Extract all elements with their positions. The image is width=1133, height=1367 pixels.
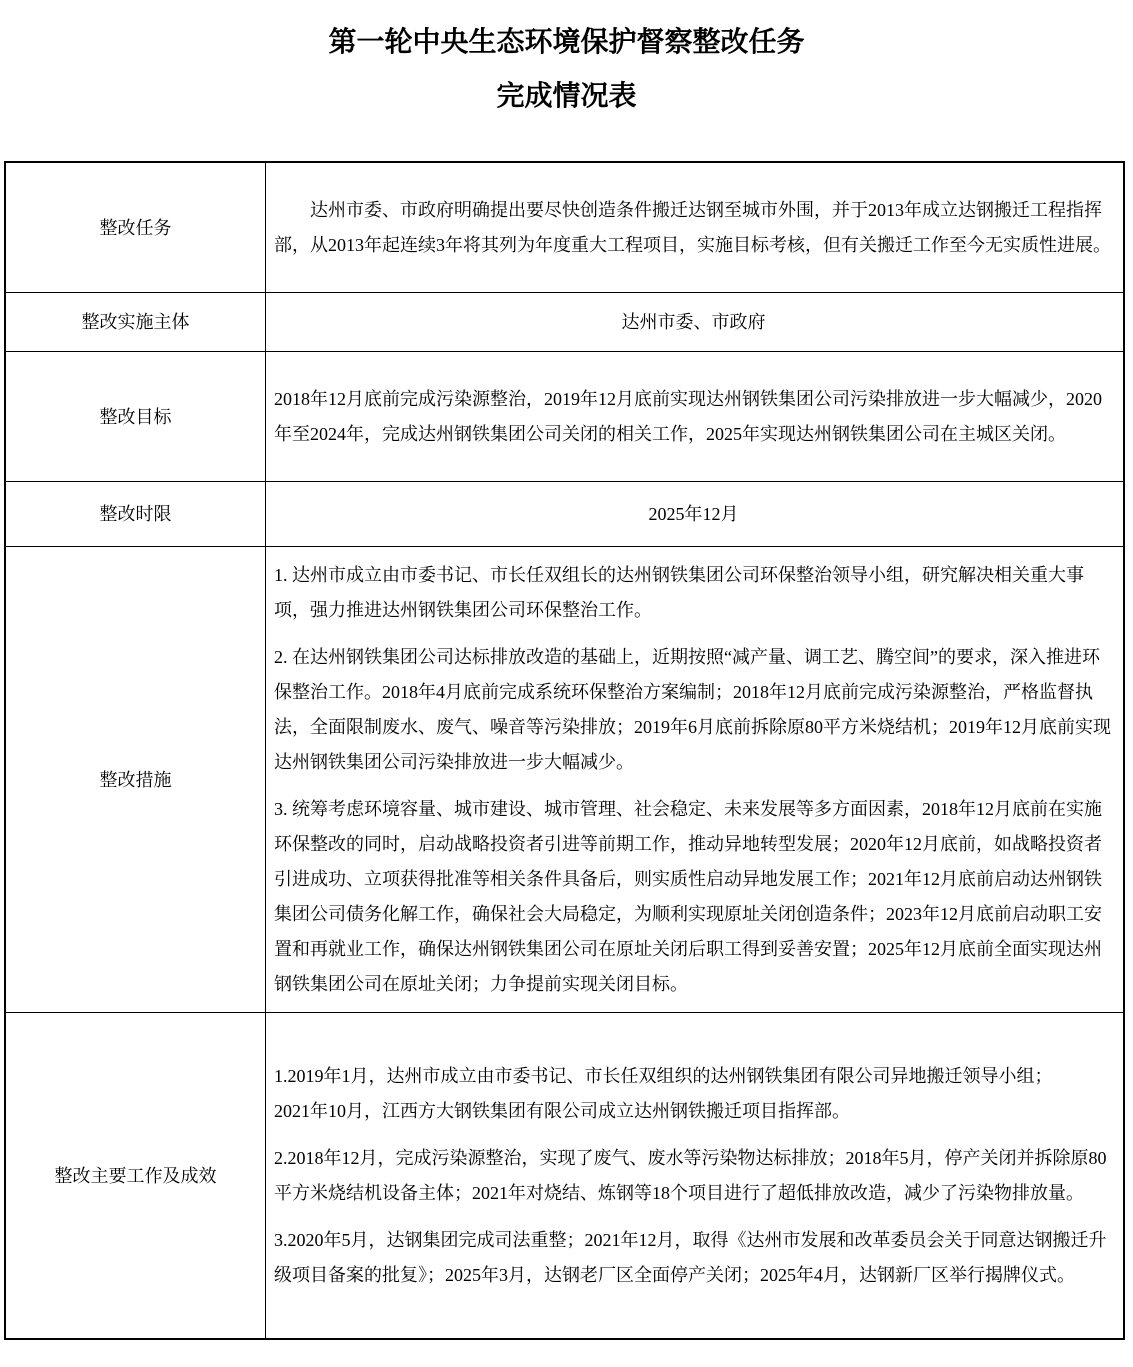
table-row-rectification-deadline: 整改时限 2025年12月 bbox=[6, 482, 1123, 547]
cell-paragraph: 达州市委、市政府明确提出要尽快创造条件搬迁达钢至城市外围，并于2013年成立达钢… bbox=[274, 193, 1113, 263]
cell-paragraph: 1.2019年1月，达州市成立由市委书记、市长任双组织的达州钢铁集团有限公司异地… bbox=[274, 1059, 1113, 1129]
cell-paragraph: 3.2020年5月，达钢集团完成司法重整；2021年12月，取得《达州市发展和改… bbox=[274, 1223, 1113, 1293]
row-content-rectification-deadline: 2025年12月 bbox=[266, 482, 1123, 546]
row-label-rectification-measures: 整改措施 bbox=[6, 547, 266, 1012]
cell-paragraph: 2018年12月底前完成污染源整治，2019年12月底前实现达州钢铁集团公司污染… bbox=[274, 382, 1113, 452]
table-row-main-work-results: 整改主要工作及成效 1.2019年1月，达州市成立由市委书记、市长任双组织的达州… bbox=[6, 1013, 1123, 1338]
row-label-implementing-subject: 整改实施主体 bbox=[6, 293, 266, 351]
cell-paragraph: 2. 在达州钢铁集团公司达标排放改造的基础上，近期按照“减产量、调工艺、腾空间”… bbox=[274, 640, 1113, 780]
table-row-implementing-subject: 整改实施主体 达州市委、市政府 bbox=[6, 293, 1123, 352]
document-title-line1: 第一轮中央生态环境保护督察整改任务 bbox=[0, 16, 1133, 70]
document-title-line2: 完成情况表 bbox=[0, 70, 1133, 124]
cell-paragraph: 2025年12月 bbox=[274, 497, 1113, 532]
row-content-rectification-goal: 2018年12月底前完成污染源整治，2019年12月底前实现达州钢铁集团公司污染… bbox=[266, 352, 1123, 481]
row-label-main-work-results: 整改主要工作及成效 bbox=[6, 1013, 266, 1338]
row-content-implementing-subject: 达州市委、市政府 bbox=[266, 293, 1123, 351]
cell-paragraph: 达州市委、市政府 bbox=[274, 305, 1113, 340]
row-content-main-work-results: 1.2019年1月，达州市成立由市委书记、市长任双组织的达州钢铁集团有限公司异地… bbox=[266, 1013, 1123, 1338]
row-label-rectification-task: 整改任务 bbox=[6, 163, 266, 292]
document-page: 第一轮中央生态环境保护督察整改任务 完成情况表 整改任务 达州市委、市政府明确提… bbox=[0, 0, 1133, 1367]
row-content-rectification-measures: 1. 达州市成立由市委书记、市长任双组长的达州钢铁集团公司环保整治领导小组，研究… bbox=[266, 547, 1123, 1012]
cell-paragraph: 3. 统筹考虑环境容量、城市建设、城市管理、社会稳定、未来发展等多方面因素，20… bbox=[274, 792, 1113, 1002]
row-content-rectification-task: 达州市委、市政府明确提出要尽快创造条件搬迁达钢至城市外围，并于2013年成立达钢… bbox=[266, 163, 1123, 292]
table-row-rectification-task: 整改任务 达州市委、市政府明确提出要尽快创造条件搬迁达钢至城市外围，并于2013… bbox=[6, 163, 1123, 293]
table-row-rectification-goal: 整改目标 2018年12月底前完成污染源整治，2019年12月底前实现达州钢铁集… bbox=[6, 352, 1123, 482]
row-label-rectification-deadline: 整改时限 bbox=[6, 482, 266, 546]
cell-paragraph: 2.2018年12月，完成污染源整治，实现了废气、废水等污染物达标排放；2018… bbox=[274, 1141, 1113, 1211]
cell-paragraph: 1. 达州市成立由市委书记、市长任双组长的达州钢铁集团公司环保整治领导小组，研究… bbox=[274, 558, 1113, 628]
document-title: 第一轮中央生态环境保护督察整改任务 完成情况表 bbox=[0, 16, 1133, 124]
completion-status-table: 整改任务 达州市委、市政府明确提出要尽快创造条件搬迁达钢至城市外围，并于2013… bbox=[4, 161, 1125, 1340]
row-label-rectification-goal: 整改目标 bbox=[6, 352, 266, 481]
table-row-rectification-measures: 整改措施 1. 达州市成立由市委书记、市长任双组长的达州钢铁集团公司环保整治领导… bbox=[6, 547, 1123, 1013]
